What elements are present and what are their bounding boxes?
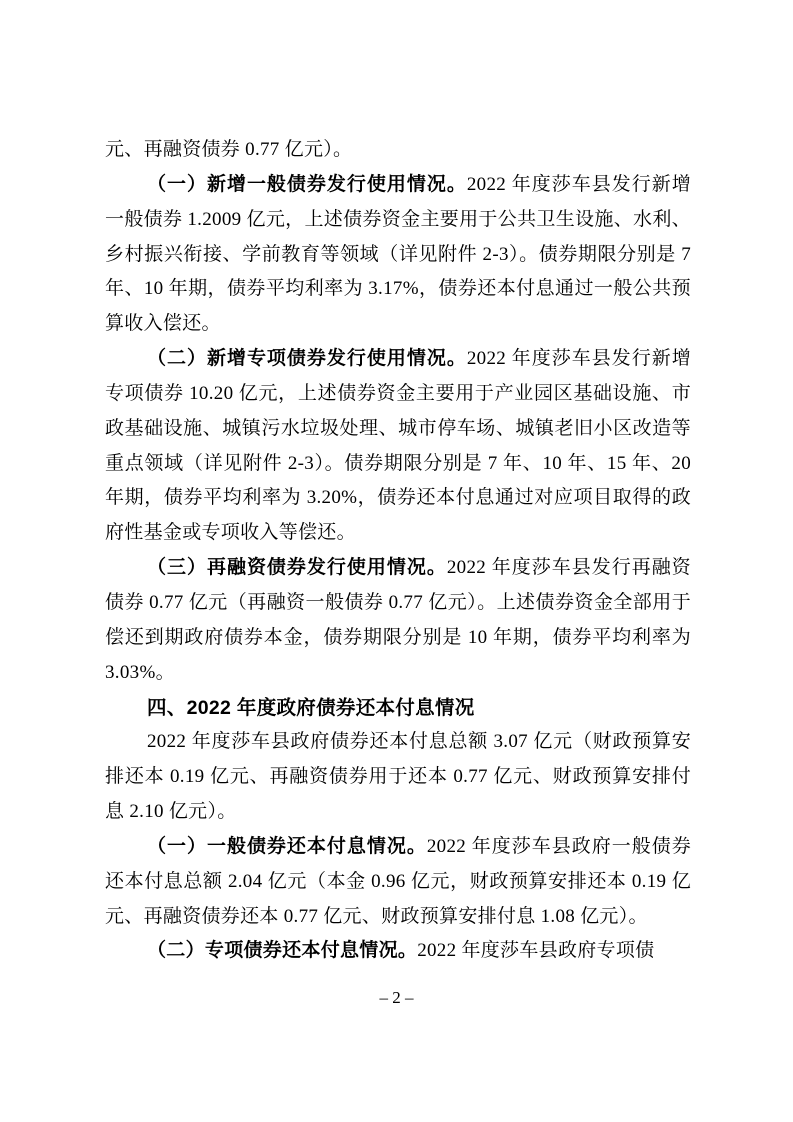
page-number: – 2 –	[0, 986, 793, 1010]
paragraph-text: 2022 年度莎车县政府债券还本付息总额 3.07 亿元（财政预算安排还本 0.…	[105, 731, 691, 822]
page-body: 元、再融资债券 0.77 亿元）。 （一）新增一般债券发行使用情况。2022 年…	[105, 133, 691, 969]
paragraph-lead: （三）再融资债券发行使用情况。	[147, 557, 447, 578]
paragraph-general-repayment: （一）一般债券还本付息情况。2022 年度莎车县政府一般债券还本付息总额 2.0…	[105, 830, 691, 935]
paragraph-text: 2022 年度莎车县政府专项债	[417, 940, 654, 961]
paragraph-lead: （二）专项债券还本付息情况。	[147, 940, 417, 961]
paragraph-lead: （一）新增一般债券发行使用情况。	[147, 174, 467, 195]
paragraph-text: 2022 年度莎车县发行新增专项债券 10.20 亿元，上述债券资金主要用于产业…	[105, 348, 691, 543]
section-heading-text: 四、2022 年度政府债券还本付息情况	[147, 697, 475, 719]
paragraph-new-general-bonds: （一）新增一般债券发行使用情况。2022 年度莎车县发行新增一般债券 1.200…	[105, 168, 691, 342]
paragraph-text: 元、再融资债券 0.77 亿元）。	[105, 139, 352, 160]
paragraph-refinancing-bonds: （三）再融资债券发行使用情况。2022 年度莎车县发行再融资债券 0.77 亿元…	[105, 551, 691, 690]
paragraph-repayment-total: 2022 年度莎车县政府债券还本付息总额 3.07 亿元（财政预算安排还本 0.…	[105, 725, 691, 830]
document-page: 元、再融资债券 0.77 亿元）。 （一）新增一般债券发行使用情况。2022 年…	[0, 0, 793, 1122]
section-heading-four: 四、2022 年度政府债券还本付息情况	[105, 691, 691, 726]
paragraph-text: 2022 年度莎车县发行新增一般债券 1.2009 亿元，上述债券资金主要用于公…	[105, 174, 691, 334]
paragraph-special-repayment: （二）专项债券还本付息情况。2022 年度莎车县政府专项债	[105, 934, 691, 969]
paragraph-continuation: 元、再融资债券 0.77 亿元）。	[105, 133, 691, 168]
paragraph-lead: （一）一般债券还本付息情况。	[147, 836, 427, 857]
paragraph-new-special-bonds: （二）新增专项债券发行使用情况。2022 年度莎车县发行新增专项债券 10.20…	[105, 342, 691, 551]
paragraph-lead: （二）新增专项债券发行使用情况。	[147, 348, 467, 369]
